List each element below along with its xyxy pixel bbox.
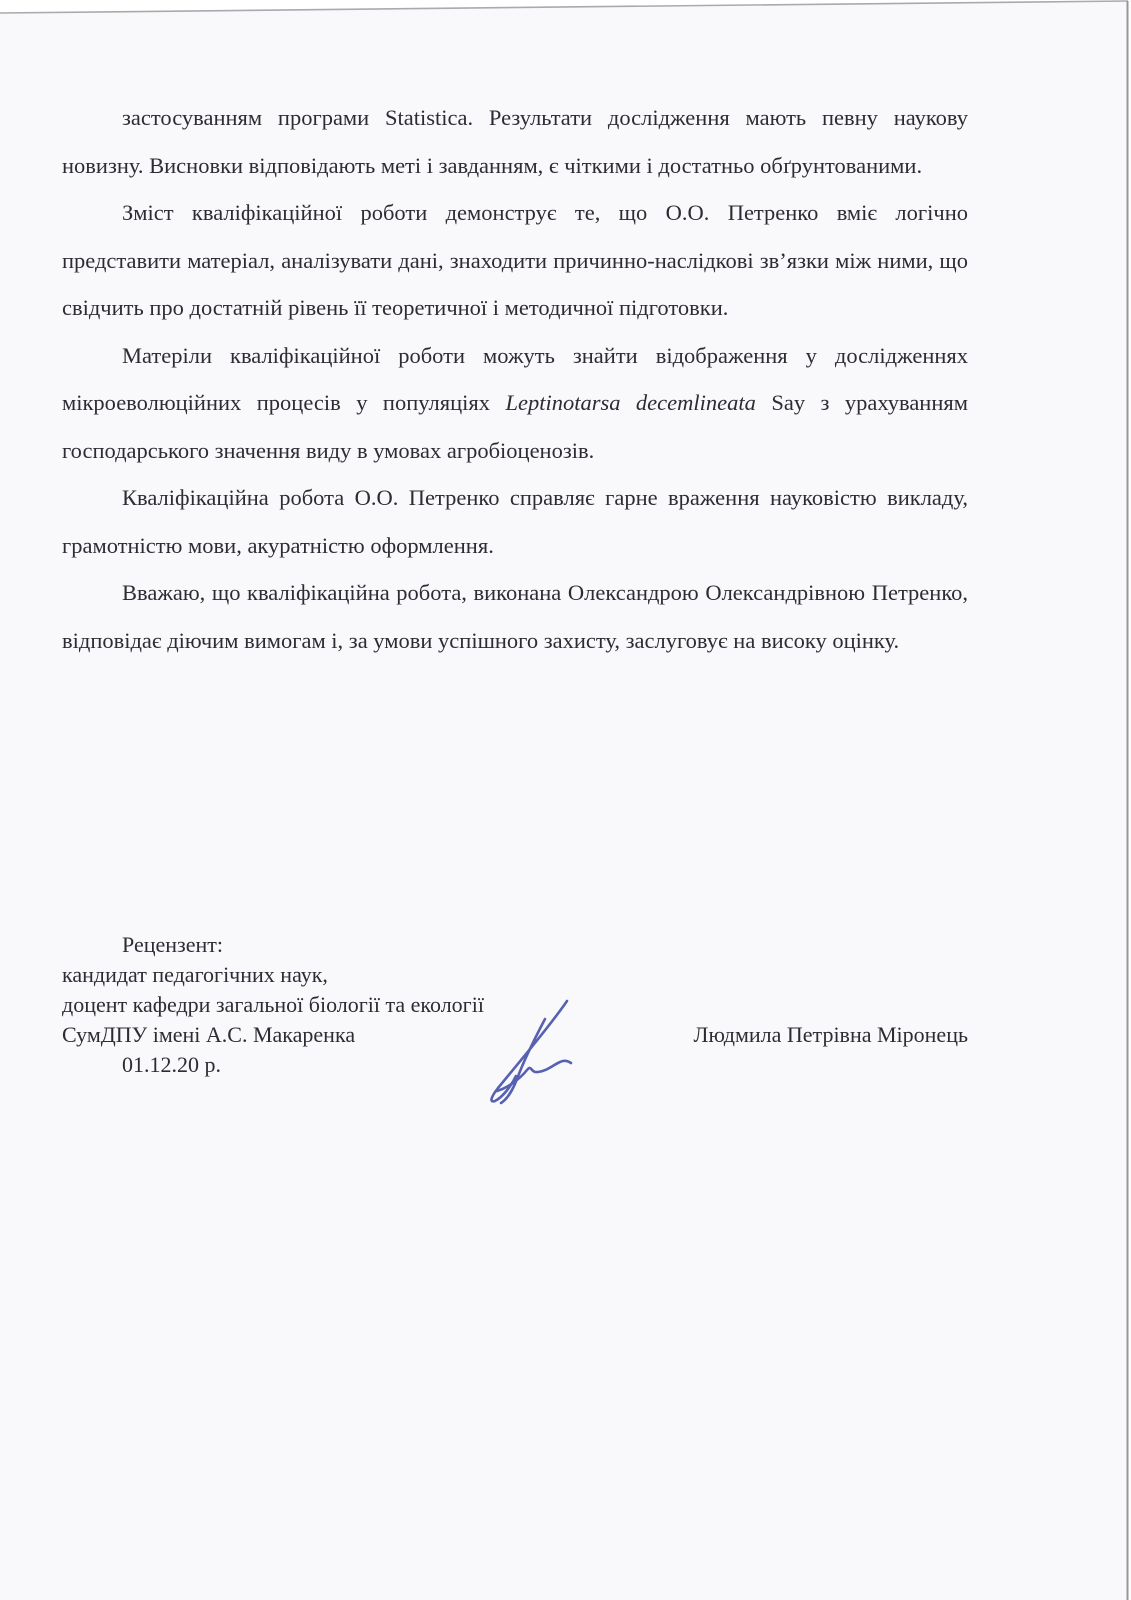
institution-and-name-row: СумДПУ імені А.С. Макаренка Людмила Петр…	[62, 1020, 968, 1050]
review-date: 01.12.20 р.	[62, 1050, 968, 1080]
reviewer-name: Людмила Петрівна Міронець	[694, 1020, 968, 1050]
reviewer-position: доцент кафедри загальної біології та еко…	[62, 990, 968, 1020]
reviewer-degree: кандидат педагогічних наук,	[62, 960, 968, 990]
signature-block: Рецензент: кандидат педагогічних наук, д…	[62, 930, 968, 1080]
scanned-document-page: застосуванням програми Statistica. Резул…	[0, 0, 1131, 1600]
review-body-text: застосуванням програми Statistica. Резул…	[62, 94, 968, 664]
paragraph-overall-impression: Кваліфікаційна робота О.О. Петренко спра…	[62, 474, 968, 569]
paragraph-materials-application: Матеріли кваліфікаційної роботи можуть з…	[62, 332, 968, 475]
species-name-italic: Leptinotarsa decemlineata	[505, 390, 755, 415]
scan-top-wedge	[0, 0, 1131, 13]
reviewer-label: Рецензент:	[62, 930, 968, 960]
reviewer-institution: СумДПУ імені А.С. Макаренка	[62, 1020, 355, 1050]
paragraph-content-skills: Зміст кваліфікаційної роботи демонструє …	[62, 189, 968, 332]
scan-top-edge-line	[0, 1, 1128, 13]
paragraph-results-novelty: застосуванням програми Statistica. Резул…	[62, 94, 968, 189]
paragraph-conclusion: Вважаю, що кваліфікаційна робота, викона…	[62, 569, 968, 664]
